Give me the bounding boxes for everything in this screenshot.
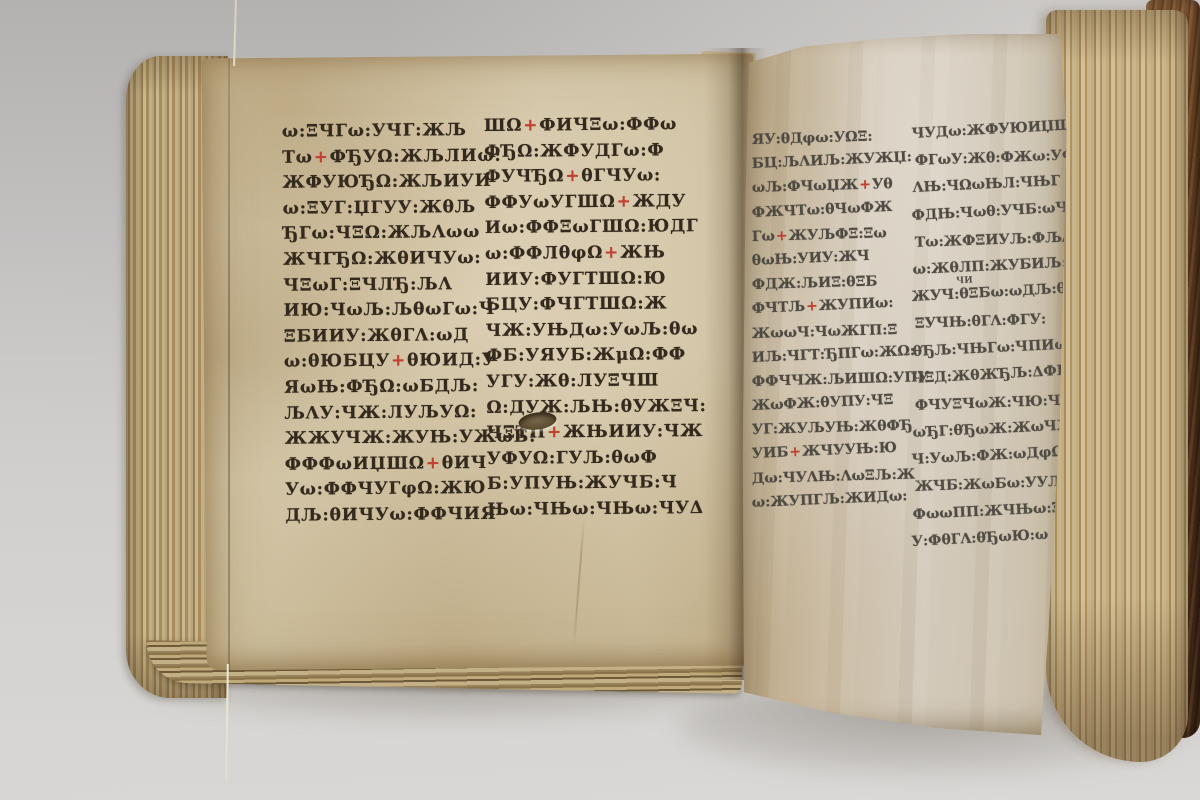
text-line: ЖФУЮЂΩ:ЖЉИУИ xyxy=(282,171,487,198)
rubric-cross-mark: + xyxy=(522,115,539,135)
hanging-thread-over-page xyxy=(228,58,230,672)
text-line: УИБ+ЖЧУУЊ:Ю xyxy=(751,440,910,471)
text-line: ФФФωИЏШΩ+θИЧ xyxy=(285,453,490,480)
text-line: ДЉ:θИЧУω:ФФЧИЯ xyxy=(285,504,490,531)
text-line: БЦУ:ФЧГТШΩ:Ж xyxy=(485,293,720,321)
text-line: ЯωЊ:ФЂΩ:ωБДЉ: xyxy=(284,376,489,403)
text-line: ФЧТЉ+ЖУПИω: xyxy=(751,294,910,325)
hanging-thread-top xyxy=(233,0,237,66)
text-line: ШΩ+ФИЧΞω:ФФω xyxy=(484,114,719,142)
text-line: ΞБИИУ:ЖθГΛ:ωД xyxy=(284,325,489,352)
rubric-cross-mark: + xyxy=(313,147,330,167)
text-line: ω:ФФЛθφΩ+ЖЊ xyxy=(485,242,720,270)
text-line: ЧЖ:УЊДω:УωЉ:θω xyxy=(486,319,721,347)
rubric-cross-mark: + xyxy=(858,177,872,193)
text-line: ФУЧЂΩ+θГЧУω: xyxy=(484,165,719,193)
text-line: УФУΩ:ГУЉ:θωФ xyxy=(487,447,722,475)
text-line: Б:УΠУЊ:ЖУЧБ:Ч xyxy=(487,472,722,500)
rubric-cross-mark: + xyxy=(775,228,789,244)
interlinear-insertion: ЧИ xyxy=(956,276,973,287)
text-line: ЉΛУ:ЧЖ:ЛУЉУΩ: xyxy=(284,401,489,428)
text-line: ИИУ:ФУГТШΩ:Ю xyxy=(485,267,720,295)
rubric-cross-mark: + xyxy=(390,351,407,371)
left-page: ω:ΞЧГω:УЧГ:ЖЉТω+ФЂУΩ:ЖЉЛИω:ЖФУЮЂΩ:ЖЉИУИω… xyxy=(201,54,758,671)
text-line: ЖЖУЧЖ:ЖУЊ:УЖωБ: xyxy=(285,427,490,454)
photograph-of-open-manuscript: ω:ΞЧГω:УЧГ:ЖЉТω+ФЂУΩ:ЖЉЛИω:ЖФУЮЂΩ:ЖЉИУИω… xyxy=(0,0,1200,800)
rubric-cross-mark: + xyxy=(425,453,442,473)
text-line: ЖЧГЂΩ:ЖθИЧУω: xyxy=(283,248,488,275)
hanging-thread-bottom xyxy=(225,664,229,782)
manuscript-column-left-1: ω:ΞЧГω:УЧГ:ЖЉТω+ФЂУΩ:ЖЉЛИω:ЖФУЮЂΩ:ЖЉИУИω… xyxy=(282,120,491,531)
text-line: ЂГω:ЧΞΩ:ЖЉΛωω xyxy=(283,222,488,249)
rubric-cross-mark: + xyxy=(615,191,632,211)
manuscript-column-left-2: ШΩ+ФИЧΞω:ФФωФЂΩ:ЖФУДГω:ФФУЧЂΩ+θГЧУω:ФФУω… xyxy=(484,114,723,526)
text-line: ФФУωУГШΩ+ЖДУ xyxy=(485,191,720,219)
right-page: ЯУ:θДφω:УΩΞ:БЦ:ЉΛИЉ:ЖУЖЏ:ωЉ:ФЧωЏЖ+УθФЖЧТ… xyxy=(734,24,1072,738)
parchment-crease xyxy=(573,517,585,647)
rubric-cross-mark: + xyxy=(788,444,802,461)
rubric-cross-mark: + xyxy=(564,166,581,186)
text-line: Уω:ФФЧУГφΩ:ЖЮ xyxy=(285,478,490,505)
text-line: ФЂΩ:ЖФУДГω:Ф xyxy=(484,139,719,167)
manuscript-column-right-1: ЯУ:θДφω:УΩΞ:БЦ:ЉΛИЉ:ЖУЖЏ:ωЉ:ФЧωЏЖ+УθФЖЧТ… xyxy=(752,132,910,519)
text-line: ω:ΞЧГω:УЧГ:ЖЉ xyxy=(282,120,487,147)
text-line: ЧΞωГ:ΞЧЛЂ:ЉΛ xyxy=(283,273,488,300)
manuscript-column-right-2: ЧУДω:ЖФУЮИЏШΩ:ФГωУ:Жθ:ФЖω:УФΛЊ:ЧΩωЊЛ:ЧЊГ… xyxy=(912,126,1064,561)
rubric-cross-mark: + xyxy=(805,298,819,315)
text-line: ИЮ:ЧωЉ:ЉθωГω:Ч xyxy=(283,299,488,326)
text-line: ФБ:УЯУБ:ЖμΩ:ФФ xyxy=(486,344,721,372)
text-line: УГУ:Жθ:ЛУΞЧШ xyxy=(486,370,721,398)
page-edge-stack-right xyxy=(1046,10,1188,762)
text-line: ω:ΞУГ:ЏГУУ:ЖθЉ xyxy=(283,197,488,224)
text-line: Тω+ФЂУΩ:ЖЉЛИω: xyxy=(282,146,487,173)
text-line: Њω:ЧЊω:ЧЊω:ЧУΔ xyxy=(487,498,722,526)
text-line: ω:θЮБЦУ+θЮИД:У xyxy=(284,350,489,377)
rubric-cross-mark: + xyxy=(603,243,620,263)
text-line: Иω:ФФΞωГШΩ:ЮДГ xyxy=(485,216,720,244)
